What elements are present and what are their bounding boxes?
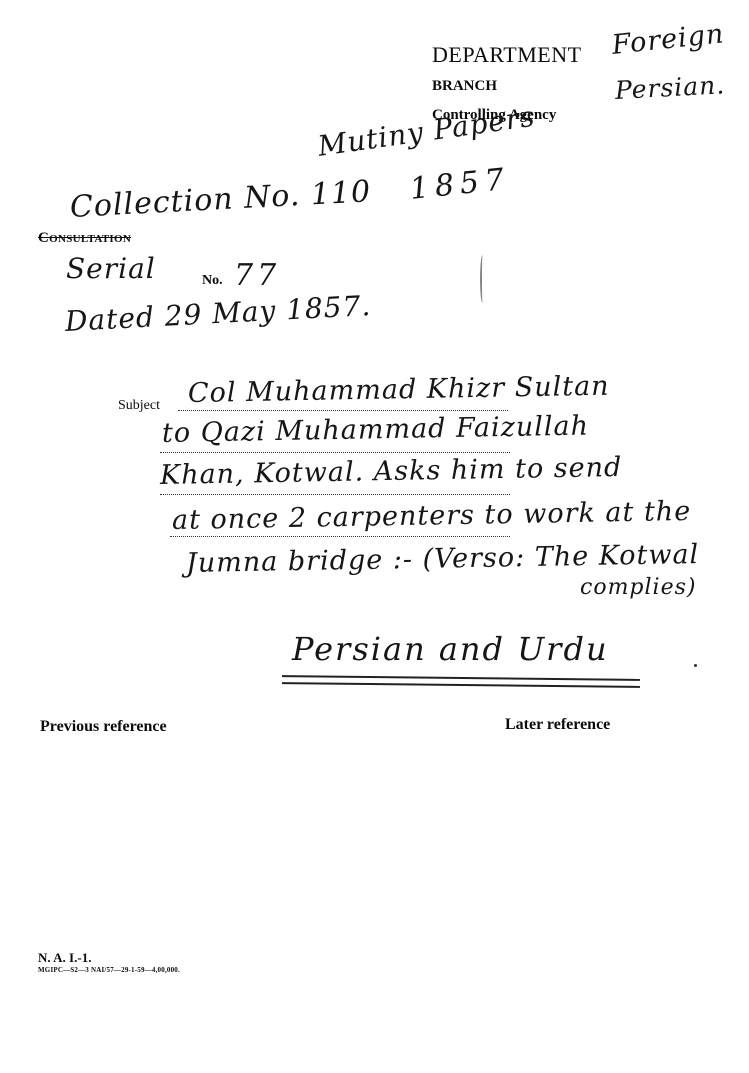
serial-hand-label: Serial [66,252,156,285]
branch-label: BRANCH [432,78,497,95]
department-value: Foreign [610,18,725,61]
subject-line: at once 2 carpenters to work at the [172,496,692,536]
subject-dotted-line [160,494,510,495]
branch-value: Persian. [614,70,726,105]
double-rule-bottom [282,682,640,688]
double-rule-top [282,675,640,681]
subject-dotted-line [178,410,508,411]
subject-dotted-line [170,536,510,537]
department-label: DEPARTMENT [432,42,582,68]
collection-number: Collection No. 110 [69,174,372,225]
subject-line: to Qazi Muhammad Faizullah [162,411,590,449]
language-note: Persian and Urdu [292,630,609,668]
subject-line: complies) [580,575,696,600]
stray-pencil-mark [480,255,485,303]
date-line: Dated 29 May 1857. [64,289,372,338]
series-title: Mutiny Papers [316,100,538,163]
print-info: MGIPC—S2—3 NAI/57—29-1-59—4,00,000. [38,966,180,974]
subject-line: Jumna bridge :- (Verso: The Kotwal [186,539,700,579]
serial-number: 77 [234,258,280,293]
previous-reference-label: Previous reference [40,718,167,736]
consultation-label-struck: Consultation [38,230,131,247]
later-reference-label: Later reference [505,716,610,734]
subject-line: Khan, Kotwal. Asks him to send [160,452,623,491]
subject-dotted-line [160,452,510,453]
subject-label: Subject [118,398,160,414]
subject-line: Col Muhammad Khizr Sultan [188,371,610,409]
stray-dot-mark [694,664,697,667]
serial-no-label: No. [202,273,223,289]
form-id: N. A. I.-1. [38,950,91,966]
series-year: 1857 [408,162,511,207]
